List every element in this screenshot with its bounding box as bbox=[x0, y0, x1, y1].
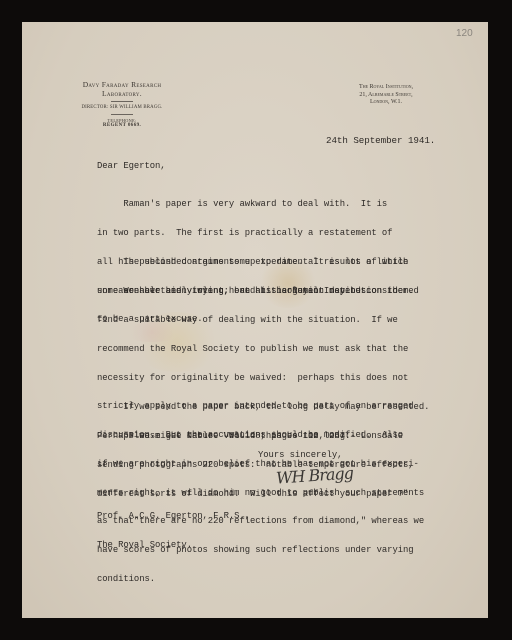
text-line: "Please see Nature Vol.148, pages 112, 2… bbox=[97, 432, 414, 442]
address-line-2: 21, Albemarle Street, bbox=[340, 92, 432, 100]
text-line: recommend the Royal Society to publish w… bbox=[97, 345, 424, 355]
org-name: Davy Faraday Research bbox=[68, 80, 176, 89]
letterhead-right: The Royal Institution, 21, Albemarle Str… bbox=[340, 84, 432, 107]
letterhead-rule bbox=[111, 101, 133, 102]
text-line: necessity for originality be waived: per… bbox=[97, 374, 424, 384]
text-line: conditions. bbox=[97, 575, 424, 585]
text-line: If we send the paper back, the long dela… bbox=[97, 403, 429, 413]
letter-date: 24th September 1941. bbox=[326, 136, 435, 146]
addressee-org: The Royal Society. bbox=[97, 541, 250, 551]
text-line: find a suitable way of dealing with the … bbox=[97, 316, 424, 326]
addressee-name: Prof. A.C.G. Egerton, F.R.S., bbox=[97, 512, 250, 522]
director-line: Director: Sir William Bragg. bbox=[68, 105, 176, 111]
org-name-line2: Laboratory. bbox=[68, 89, 176, 98]
text-line: Raman's paper is very awkward to deal wi… bbox=[97, 200, 419, 210]
salutation: Dear Egerton, bbox=[97, 162, 166, 172]
text-line: sending photographs 220 spots: notable t… bbox=[97, 461, 414, 471]
address-line-1: The Royal Institution, bbox=[340, 84, 432, 92]
text-line: The second contains some experimental re… bbox=[97, 258, 414, 268]
archive-number: 120 bbox=[456, 28, 473, 39]
letterhead-left: Davy Faraday Research Laboratory. Direct… bbox=[68, 80, 176, 129]
addressee: Prof. A.C.G. Egerton, F.R.S., The Royal … bbox=[97, 493, 250, 560]
letterhead-rule bbox=[111, 114, 133, 115]
text-line: We have been trying here at the Royal In… bbox=[97, 287, 424, 297]
address-line-3: London, W.1. bbox=[340, 99, 432, 107]
text-line: in two parts. The first is practically a… bbox=[97, 229, 419, 239]
telephone-number: Regent 0669. bbox=[68, 123, 176, 129]
closing: Yours sincerely, bbox=[258, 451, 342, 461]
